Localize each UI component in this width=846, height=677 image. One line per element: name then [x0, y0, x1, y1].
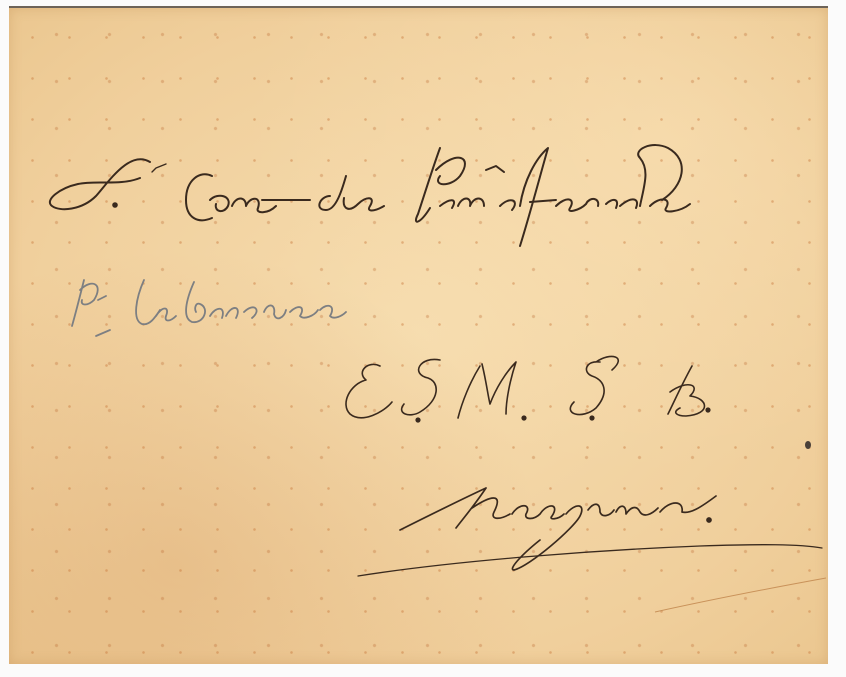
handwriting-layer	[0, 0, 846, 677]
address-line-2-script	[346, 356, 710, 421]
address-line-3-script	[358, 488, 822, 576]
ink-spot	[805, 441, 811, 449]
pencil-note-script	[72, 280, 346, 336]
flap-crease	[655, 578, 826, 612]
address-line-1-script	[50, 145, 690, 246]
